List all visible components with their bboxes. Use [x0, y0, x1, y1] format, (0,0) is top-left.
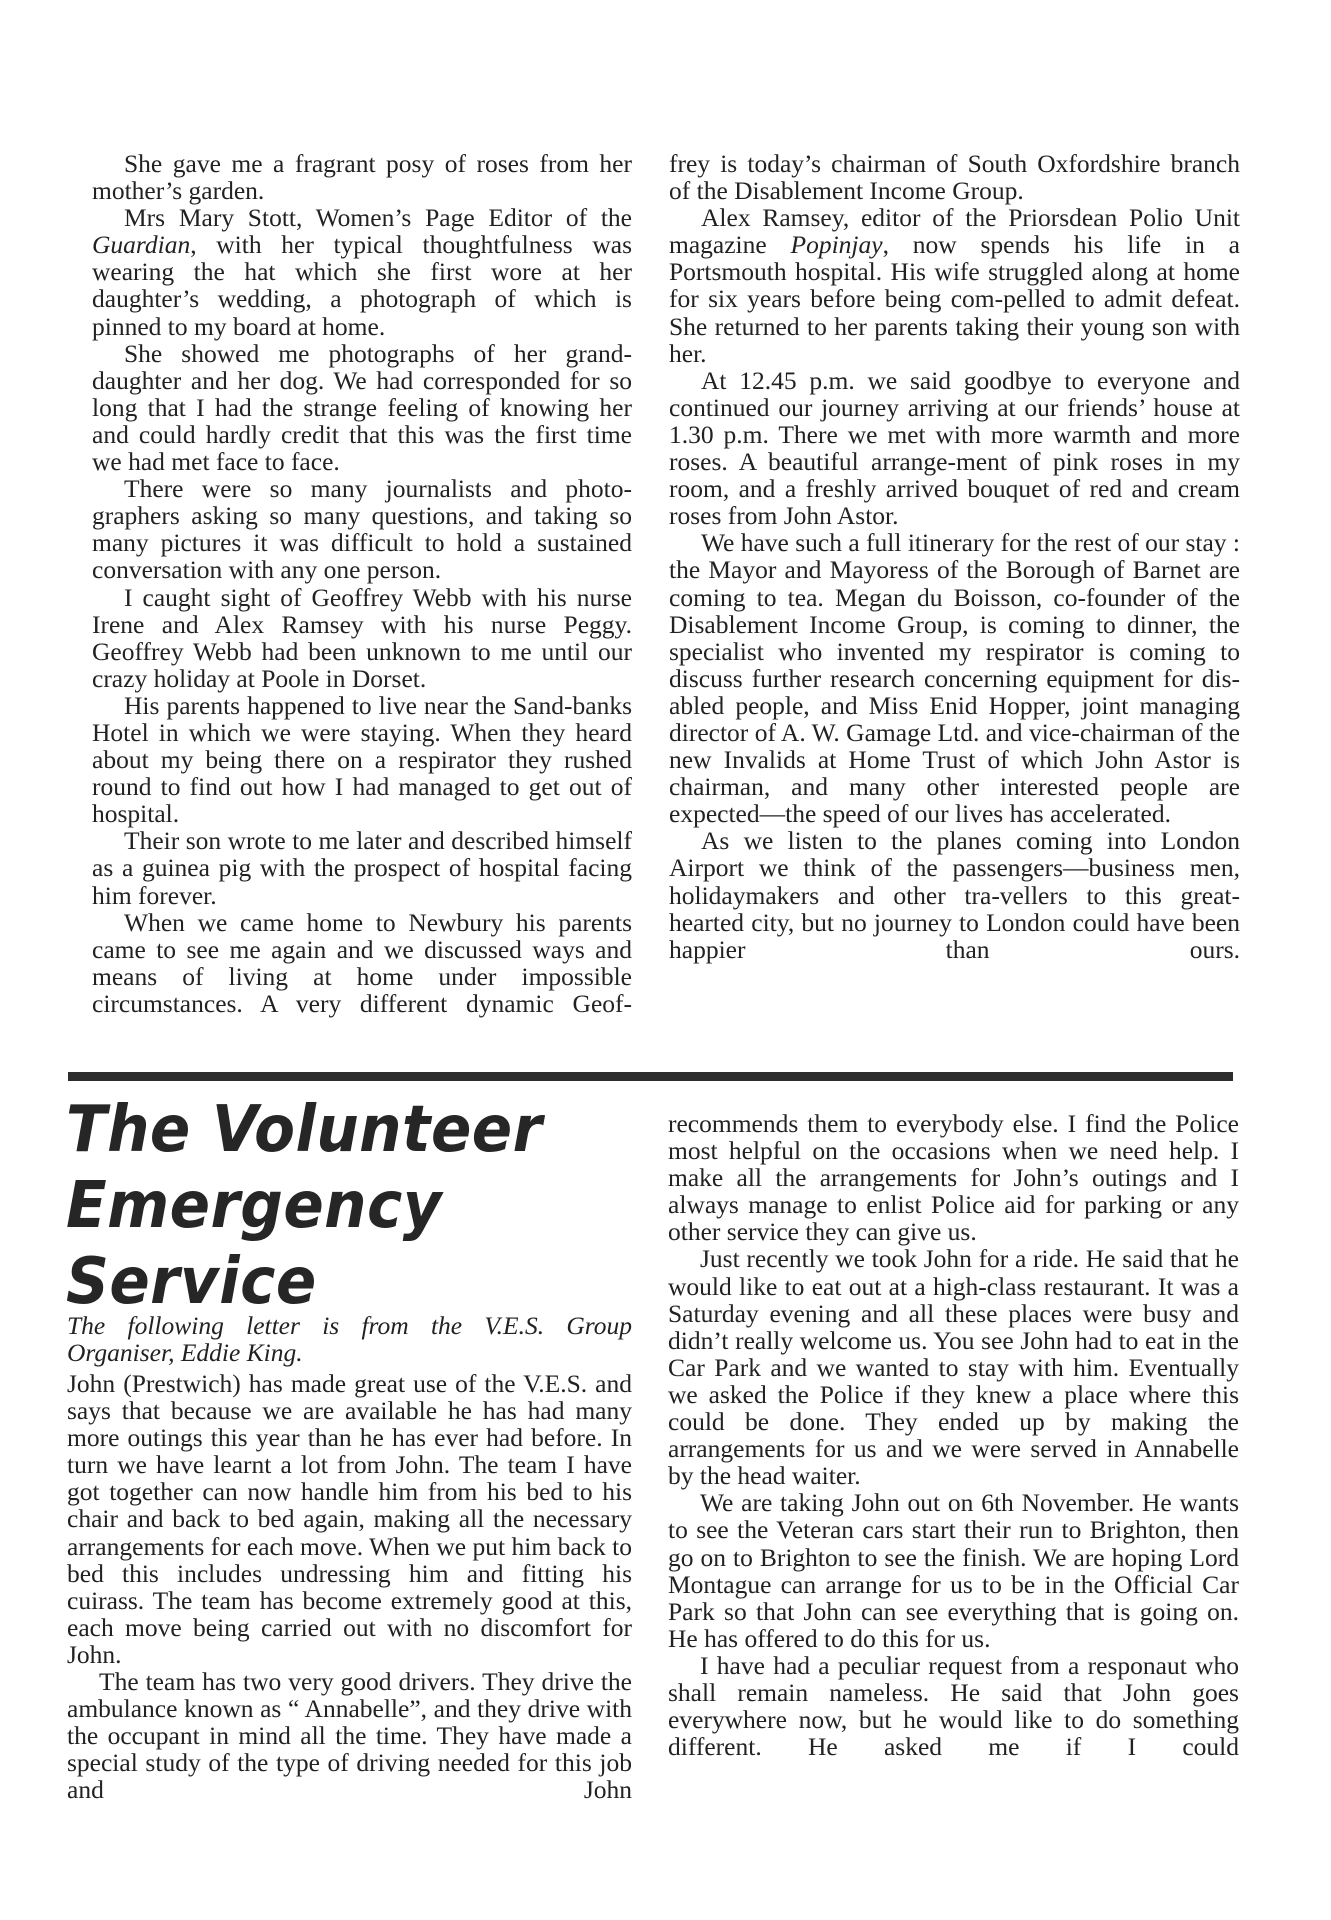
- paragraph: I caught sight of Geoffrey Webb with his…: [92, 584, 632, 692]
- paragraph: When we came home to Newbury his parents…: [92, 909, 632, 1017]
- paragraph: Alex Ramsey, editor of the Priorsdean Po…: [669, 204, 1240, 367]
- paragraph: His parents happened to live near the Sa…: [92, 692, 632, 827]
- headline-line-2: Emergency Service: [66, 1169, 442, 1319]
- paragraph: There were so many journalists and photo…: [92, 475, 632, 583]
- bottom-article-right-column: recommends them to everybody else. I fin…: [668, 1110, 1239, 1760]
- paragraph: As we listen to the planes coming into L…: [669, 827, 1240, 962]
- paragraph: frey is today’s chairman of South Oxford…: [669, 150, 1240, 204]
- headline-line-1: The Volunteer: [66, 1093, 542, 1167]
- section-divider-rule: [68, 1072, 1233, 1081]
- top-article-left-column: She gave me a fragrant posy of roses fro…: [92, 150, 632, 1017]
- paragraph: The team has two very good drivers. They…: [67, 1668, 632, 1803]
- paragraph: Their son wrote to me later and describe…: [92, 827, 632, 908]
- paragraph: Mrs Mary Stott, Women’s Page Editor of t…: [92, 204, 632, 339]
- paragraph: She gave me a fragrant posy of roses fro…: [92, 150, 632, 204]
- article-intro: The following letter is from the V.E.S. …: [67, 1312, 632, 1366]
- paragraph: I have had a peculiar request from a res…: [668, 1652, 1239, 1760]
- paragraph: She showed me photographs of her grand-d…: [92, 340, 632, 475]
- magazine-name: Popinjay: [791, 230, 883, 259]
- bottom-article-left-column: John (Prestwich) has made great use of t…: [67, 1370, 632, 1804]
- paragraph: We are taking John out on 6th November. …: [668, 1489, 1239, 1652]
- paragraph: We have such a full itinerary for the re…: [669, 529, 1240, 827]
- paragraph: John (Prestwich) has made great use of t…: [67, 1370, 632, 1668]
- top-article-right-column: frey is today’s chairman of South Oxford…: [669, 150, 1240, 963]
- paragraph: recommends them to everybody else. I fin…: [668, 1110, 1239, 1245]
- paragraph: Just recently we took John for a ride. H…: [668, 1245, 1239, 1489]
- article-headline: The Volunteer Emergency Service: [66, 1092, 605, 1320]
- paragraph: At 12.45 p.m. we said goodbye to everyon…: [669, 367, 1240, 530]
- publication-name: Guardian: [92, 230, 190, 259]
